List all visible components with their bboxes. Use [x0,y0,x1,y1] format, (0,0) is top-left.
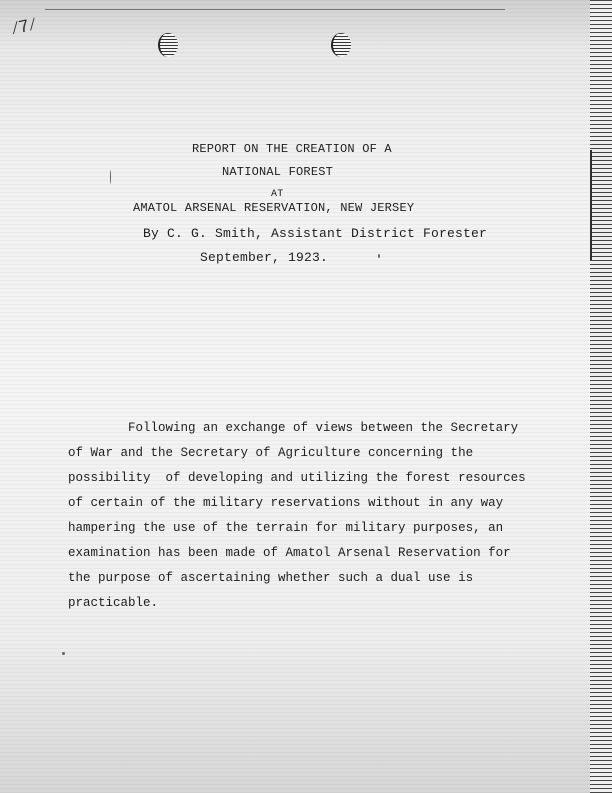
body-line: of certain of the military reservations … [68,496,503,510]
title-line-3: AT [271,189,283,200]
scan-speck [110,170,111,184]
body-line: hampering the use of the terrain for mil… [68,521,503,535]
scan-edge-strip [590,0,612,793]
scan-speck [378,254,380,258]
body-line: of War and the Secretary of Agriculture … [68,446,473,460]
scan-speck [62,652,65,655]
title-line-1: REPORT ON THE CREATION OF A [192,142,392,156]
punch-hole-icon [331,33,351,57]
title-line-2: NATIONAL FOREST [222,165,333,179]
punch-hole-icon [158,33,178,57]
body-line: Following an exchange of views between t… [68,421,518,435]
body-line: possibility of developing and utilizing … [68,471,526,485]
handwritten-mark-icon: ⁄7⁄ [8,15,38,40]
body-line: the purpose of ascertaining whether such… [68,571,473,585]
top-edge-line [45,9,505,10]
body-line: practicable. [68,596,158,610]
scanned-page: ⁄7⁄ REPORT ON THE CREATION OF A NATIONAL… [0,0,590,793]
body-line: examination has been made of Amatol Arse… [68,546,511,560]
title-line-4: AMATOL ARSENAL RESERVATION, NEW JERSEY [133,201,414,215]
report-date: September, 1923. [200,250,328,265]
byline: By C. G. Smith, Assistant District Fores… [143,226,487,241]
